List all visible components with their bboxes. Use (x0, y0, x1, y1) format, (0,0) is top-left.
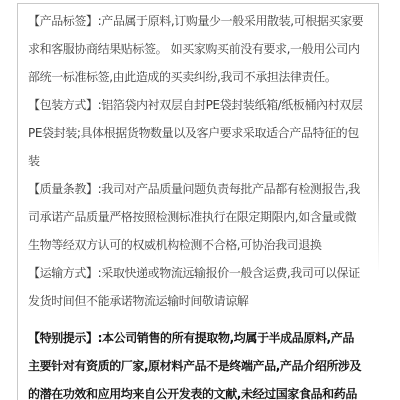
section-product-label: 【产品标签】:产品属于原料,订购量少一般采用散装,可根据买家要 求和客服协商结果… (28, 7, 373, 91)
section-packaging: 【包装方式】:铝箔袋内衬双层自封PE袋封装纸箱/纸板桶內村双层 PE袋封装;具体… (28, 91, 373, 175)
description-text-block: 【产品标签】:产品属于原料,订购量少一般采用散装,可根据买家要 求和客服协商结果… (28, 7, 373, 400)
text-line: 求和客服协商结果贴标签。 如买家购买前没有要求,一般用公司内 (28, 35, 373, 63)
text-line: 的潜在功效和应用均来自公开发表的文献,未经过国家食品和药品 (28, 380, 373, 400)
section-shipping: 【运输方式】:采取快递或物流远输报价一般含运费,我司可以保证 发货时间但不能承诺… (28, 259, 373, 315)
text-line: 【包装方式】:铝箔袋内衬双层自封PE袋封装纸箱/纸板桶內村双层 (28, 91, 373, 119)
text-line: 生物等经双方认可的权威机构检测不合格,可协治我司退换 (28, 231, 373, 259)
text-line: 装 (28, 147, 373, 175)
text-line: 【质量条教】:我司对产品质量问题负责每批产品都有检测报告,我 (28, 175, 373, 203)
text-line: 司承诺产品质量严格按照检测标准执行在限定期限内,如含量或微 (28, 203, 373, 231)
section-quality: 【质量条教】:我司对产品质量问题负责每批产品都有检测报告,我 司承诺产品质量严格… (28, 175, 373, 259)
text-line: PE袋封装;具体根据货物数量以及客户要求采取适合产品特征的包 (28, 119, 373, 147)
text-line: 部统一标准标签,由此造成的买卖纠纷,我司不承担法律责任。 (28, 63, 373, 91)
section-special-notice: 【特别提示】:本公司销售的所有提取物,均属于半成品原料,产品 主要针对有资质的厂… (28, 324, 373, 400)
text-line: 【运输方式】:采取快递或物流远输报价一般含运费,我司可以保证 (28, 259, 373, 287)
card-border-right (378, 3, 379, 400)
text-line: 主要针对有资质的厂家,原材料产品不是终端产品,产品介绍所涉及 (28, 352, 373, 380)
text-line: 【产品标签】:产品属于原料,订购量少一般采用散装,可根据买家要 (28, 7, 373, 35)
text-line: 发货时间但不能承诺物流运输时间敬请谅解 (28, 287, 373, 315)
product-description-page: 【产品标签】:产品属于原料,订购量少一般采用散装,可根据买家要 求和客服协商结果… (0, 0, 400, 400)
text-line: 【特别提示】:本公司销售的所有提取物,均属于半成品原料,产品 (28, 324, 373, 352)
